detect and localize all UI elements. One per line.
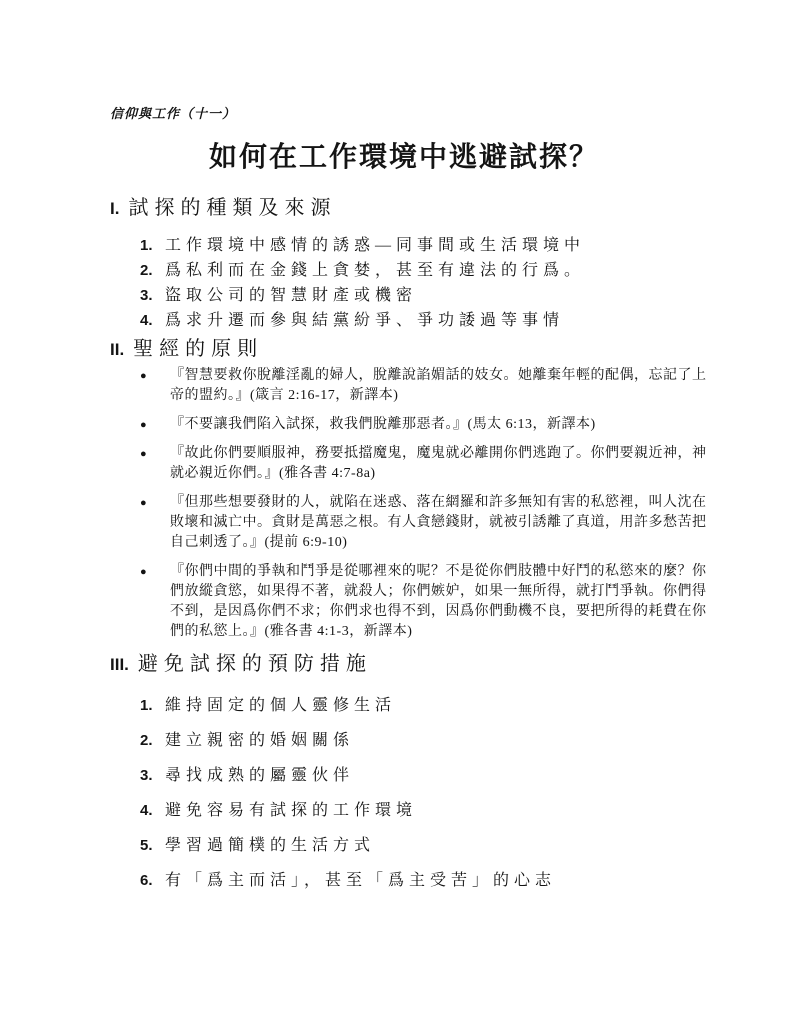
bullet-icon: ● bbox=[140, 493, 170, 553]
list-number: 2. bbox=[140, 730, 158, 752]
scripture-quote: 『但那些想要發財的人，就陷在迷惑、落在網羅和許多無知有害的私慾裡，叫人沈在敗壞和… bbox=[170, 493, 715, 553]
page-title: 如何在工作環境中逃避試探？ bbox=[100, 141, 708, 175]
section-heading: 聖經的原則 bbox=[133, 336, 263, 362]
list-number: 3. bbox=[140, 765, 158, 787]
scripture-reference: (馬太 6:13，新譯本) bbox=[468, 417, 596, 432]
list-item-text: 學習過簡樸的生活方式 bbox=[165, 835, 375, 857]
section-temptation-types: I. 試探的種類及來源 1.工作環境中感情的誘惑—同事間或生活環境中 2.爲私利… bbox=[110, 195, 718, 333]
bullet-icon: ● bbox=[140, 562, 170, 642]
list-item-text: 尋找成熟的屬靈伙伴 bbox=[165, 765, 354, 787]
list-item: 1.工作環境中感情的誘惑—同事間或生活環境中 bbox=[110, 233, 718, 258]
list-item: 4.避免容易有試探的工作環境 bbox=[110, 800, 718, 822]
list-number: 4. bbox=[140, 800, 158, 822]
section-heading: 試探的種類及來源 bbox=[128, 195, 336, 221]
list-number: 5. bbox=[140, 835, 158, 857]
list-number: 1. bbox=[140, 233, 158, 258]
bullet-item: ●『故此你們要順服神，務要抵擋魔鬼，魔鬼就必離開你們逃跑了。你們要親近神，神就必… bbox=[110, 444, 718, 484]
list-item-text: 爲私利而在金錢上貪婪，甚至有違法的行爲。 bbox=[165, 258, 585, 283]
scripture-reference: (提前 6:9-10) bbox=[265, 535, 348, 550]
section-numeral: I. bbox=[110, 196, 119, 222]
scripture-quote: 『故此你們要順服神，務要抵擋魔鬼，魔鬼就必離開你們逃跑了。你們要親近神，神就必親… bbox=[170, 444, 715, 484]
scripture-quote: 『不要讓我們陷入試探，救我們脫離那惡者。』(馬太 6:13，新譯本) bbox=[170, 415, 596, 435]
bullet-icon: ● bbox=[140, 444, 170, 484]
series-label: 信仰與工作（十一） bbox=[110, 106, 718, 121]
list-number: 4. bbox=[140, 308, 158, 333]
numbered-list: 1.維持固定的個人靈修生活 2.建立親密的婚姻關係 3.尋找成熟的屬靈伙伴 4.… bbox=[110, 695, 718, 892]
list-item-text: 爲求升遷而參與結黨紛爭、爭功諉過等事情 bbox=[165, 308, 564, 333]
list-number: 2. bbox=[140, 258, 158, 283]
list-item: 5.學習過簡樸的生活方式 bbox=[110, 835, 718, 857]
bullet-icon: ● bbox=[140, 415, 170, 435]
bullet-list: ●『智慧要救你脫離淫亂的婦人，脫離說諂媚話的妓女。她離棄年輕的配偶，忘記了上帝的… bbox=[110, 366, 718, 642]
section-heading: 避免試探的預防措施 bbox=[138, 651, 372, 677]
quote-text: 『但那些想要發財的人，就陷在迷惑、落在網羅和許多無知有害的私慾裡，叫人沈在敗壞和… bbox=[170, 495, 707, 550]
bullet-item: ●『不要讓我們陷入試探，救我們脫離那惡者。』(馬太 6:13，新譯本) bbox=[110, 415, 718, 435]
list-item: 3.盜取公司的智慧財產或機密 bbox=[110, 283, 718, 308]
quote-text: 『故此你們要順服神，務要抵擋魔鬼，魔鬼就必離開你們逃跑了。你們要親近神，神就必親… bbox=[170, 446, 707, 481]
list-item-text: 維持固定的個人靈修生活 bbox=[165, 695, 396, 717]
bullet-item: ●『但那些想要發財的人，就陷在迷惑、落在網羅和許多無知有害的私慾裡，叫人沈在敗壞… bbox=[110, 493, 718, 553]
scripture-quote: 『智慧要救你脫離淫亂的婦人，脫離說諂媚話的妓女。她離棄年輕的配偶，忘記了上帝的盟… bbox=[170, 366, 715, 406]
quote-text: 『不要讓我們陷入試探，救我們脫離那惡者。』 bbox=[170, 417, 468, 432]
scripture-reference: (雅各書 4:7-8a) bbox=[279, 466, 376, 481]
document-page: 信仰與工作（十一） 如何在工作環境中逃避試探？ I. 試探的種類及來源 1.工作… bbox=[0, 0, 791, 1024]
list-item-text: 工作環境中感情的誘惑—同事間或生活環境中 bbox=[165, 233, 585, 258]
section-heading-row: I. 試探的種類及來源 bbox=[110, 195, 718, 222]
section-numeral: III. bbox=[110, 652, 129, 678]
list-item-text: 避免容易有試探的工作環境 bbox=[165, 800, 417, 822]
section-bible-principles: II. 聖經的原則 ●『智慧要救你脫離淫亂的婦人，脫離說諂媚話的妓女。她離棄年輕… bbox=[110, 336, 718, 642]
section-prevention-measures: III. 避免試探的預防措施 1.維持固定的個人靈修生活 2.建立親密的婚姻關係… bbox=[110, 651, 718, 892]
scripture-reference: (雅各書 4:1-3，新譯本) bbox=[265, 624, 413, 639]
numbered-list: 1.工作環境中感情的誘惑—同事間或生活環境中 2.爲私利而在金錢上貪婪，甚至有違… bbox=[110, 233, 718, 333]
list-item-text: 建立親密的婚姻關係 bbox=[165, 730, 354, 752]
bullet-item: ●『智慧要救你脫離淫亂的婦人，脫離說諂媚話的妓女。她離棄年輕的配偶，忘記了上帝的… bbox=[110, 366, 718, 406]
list-number: 1. bbox=[140, 695, 158, 717]
list-number: 6. bbox=[140, 870, 158, 892]
list-item: 2.爲私利而在金錢上貪婪，甚至有違法的行爲。 bbox=[110, 258, 718, 283]
list-item: 3.尋找成熟的屬靈伙伴 bbox=[110, 765, 718, 787]
section-heading-row: II. 聖經的原則 bbox=[110, 336, 718, 363]
list-item: 4.爲求升遷而參與結黨紛爭、爭功諉過等事情 bbox=[110, 308, 718, 333]
scripture-reference: (箴言 2:16-17，新譯本) bbox=[250, 388, 398, 403]
list-item-text: 有「爲主而活」，甚至「爲主受苦」的心志 bbox=[165, 870, 556, 892]
section-numeral: II. bbox=[110, 337, 124, 363]
list-item: 6.有「爲主而活」，甚至「爲主受苦」的心志 bbox=[110, 870, 718, 892]
section-heading-row: III. 避免試探的預防措施 bbox=[110, 651, 718, 678]
bullet-item: ●『你們中間的爭執和鬥爭是從哪裡來的呢？不是從你們肢體中好鬥的私慾來的麼？你們放… bbox=[110, 562, 718, 642]
list-number: 3. bbox=[140, 283, 158, 308]
list-item: 2.建立親密的婚姻關係 bbox=[110, 730, 718, 752]
list-item: 1.維持固定的個人靈修生活 bbox=[110, 695, 718, 717]
list-item-text: 盜取公司的智慧財產或機密 bbox=[165, 283, 417, 308]
quote-text: 『你們中間的爭執和鬥爭是從哪裡來的呢？不是從你們肢體中好鬥的私慾來的麼？你們放縱… bbox=[170, 564, 707, 639]
scripture-quote: 『你們中間的爭執和鬥爭是從哪裡來的呢？不是從你們肢體中好鬥的私慾來的麼？你們放縱… bbox=[170, 562, 715, 642]
bullet-icon: ● bbox=[140, 366, 170, 406]
